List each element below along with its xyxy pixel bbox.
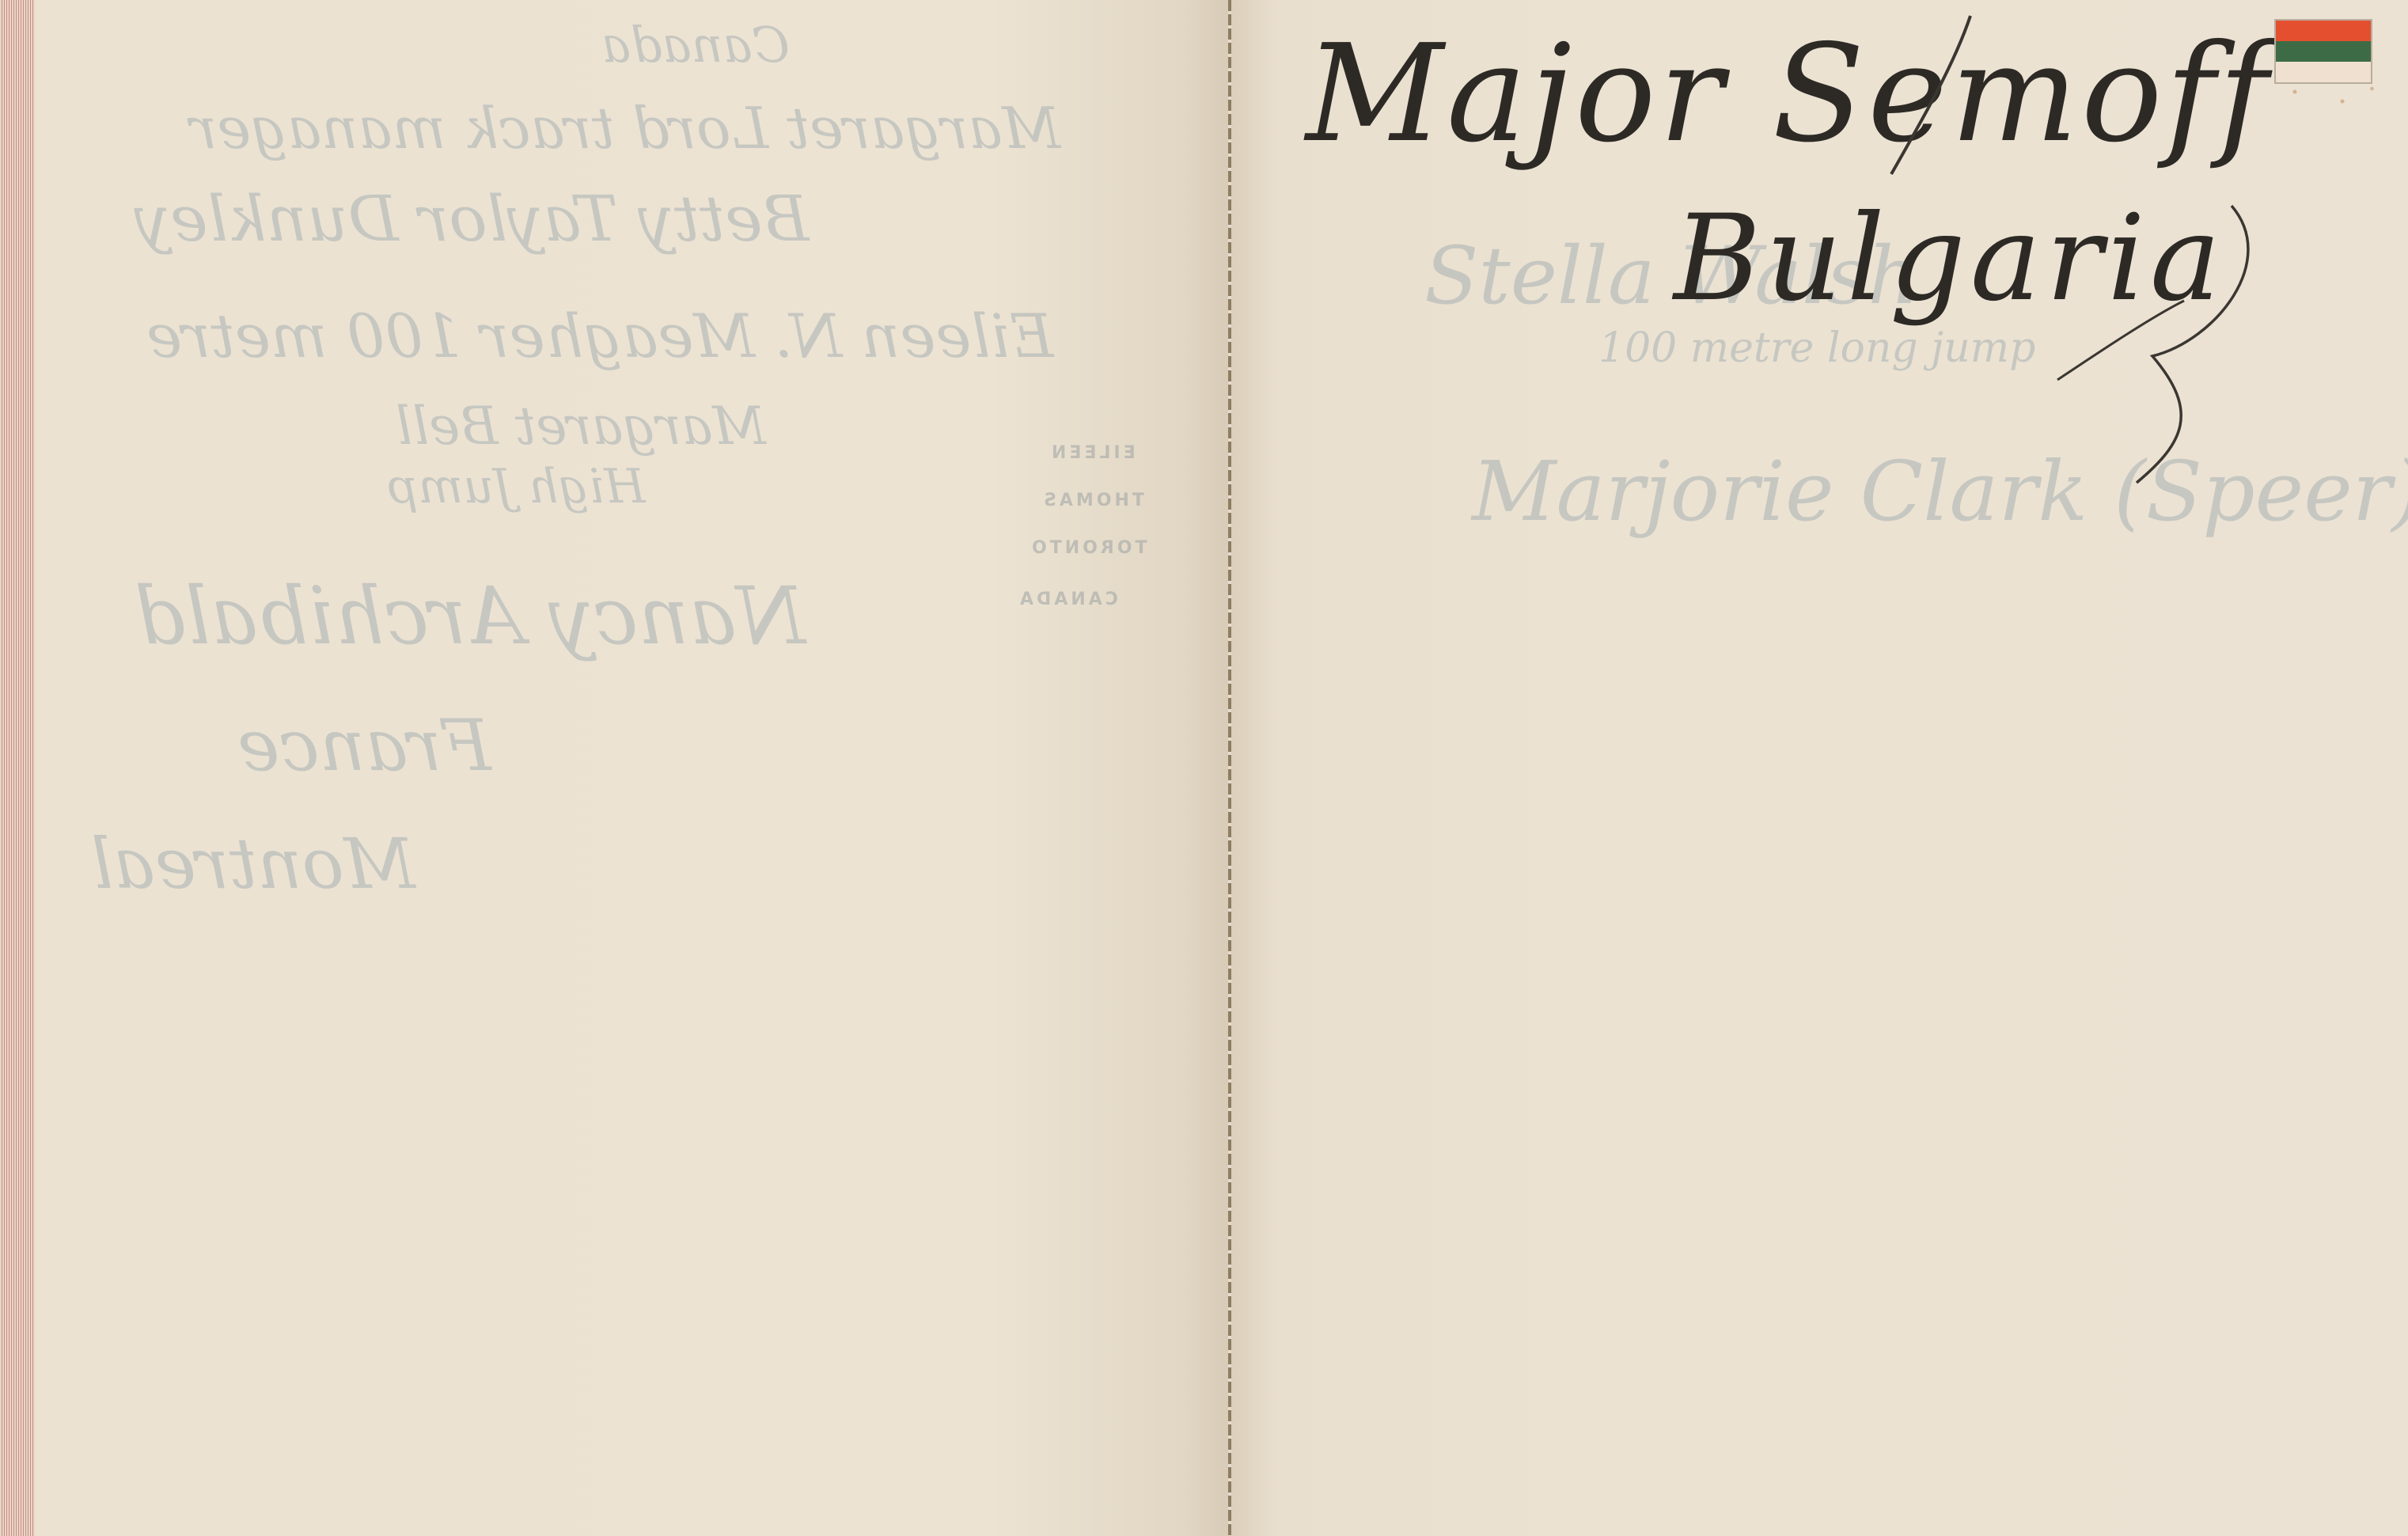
flag-stripe-red xyxy=(2276,21,2371,41)
autograph-book: Canada Margaret Lord track manager Betty… xyxy=(0,0,2408,1536)
flag-stripe-green xyxy=(2276,41,2371,62)
bulgaria-flag xyxy=(2274,19,2372,84)
flag-stripe-white xyxy=(2276,62,2371,82)
signature-flourish xyxy=(0,0,2408,1536)
foxing-spots xyxy=(2271,82,2390,114)
